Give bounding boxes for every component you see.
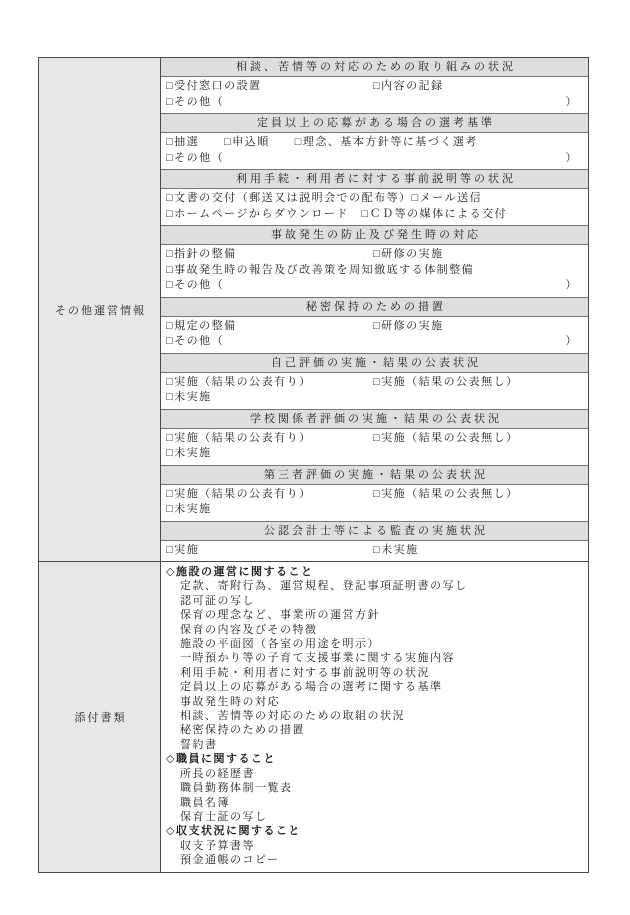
checkbox-option: □受付窓口の設置 xyxy=(166,80,262,92)
checkbox-line: □指針の整備□研修の実施 xyxy=(166,247,583,263)
checkbox-option: □実施 xyxy=(166,544,199,556)
doc-item: 定款、寄附行為、運営規程、登記事項証明書の写し xyxy=(166,579,583,593)
checkbox-line: □規定の整備□研修の実施 xyxy=(166,319,583,335)
field-block: 相談、苦情等の対応のための取り組みの状況□受付窓口の設置□内容の記録□その他（） xyxy=(161,58,588,114)
doc-item: 職員勤務体制一覧表 xyxy=(166,781,583,795)
checkbox-line: □その他（） xyxy=(166,95,583,111)
doc-item: 保育士証の写し xyxy=(166,810,583,824)
doc-item: 誓約書 xyxy=(166,738,583,752)
field-block: 第三者評価の実施・結果の公表状況□実施（結果の公表有り）□実施（結果の公表無し）… xyxy=(161,466,588,522)
checkbox-line: □未実施 xyxy=(166,390,583,406)
field-block: 公認会計士等による監査の実施状況□実施□未実施 xyxy=(161,522,588,562)
doc-item: 預金通帳のコピー xyxy=(166,853,583,867)
checkbox-option: □実施（結果の公表無し） xyxy=(373,487,519,503)
doc-item: 事故発生時の対応 xyxy=(166,695,583,709)
checkbox-line: □その他（） xyxy=(166,278,583,294)
document-page: その他運営情報相談、苦情等の対応のための取り組みの状況□受付窓口の設置□内容の記… xyxy=(0,0,630,915)
block-rows: □指針の整備□研修の実施□事故発生時の報告及び改善策を周知徹底する体制整備□その… xyxy=(161,245,588,298)
checkbox-option: □その他（ xyxy=(166,152,224,164)
checkbox-option: □その他（ xyxy=(166,96,224,108)
checkbox-option: □研修の実施 xyxy=(373,247,444,263)
doc-group-heading: ◇収支状況に関すること xyxy=(166,824,583,838)
block-rows: □規定の整備□研修の実施□その他（） xyxy=(161,317,588,354)
checkbox-option: □実施（結果の公表無し） xyxy=(373,375,519,391)
block-header: 利用手続・利用者に対する事前説明等の状況 xyxy=(161,170,588,189)
checkbox-option: □未実施 xyxy=(166,447,212,459)
block-rows: □文書の交付（郵送又は説明会での配布等）□メール送信□ホームページからダウンロー… xyxy=(161,189,588,226)
paren-close: ） xyxy=(566,334,579,350)
field-block: 利用手続・利用者に対する事前説明等の状況□文書の交付（郵送又は説明会での配布等）… xyxy=(161,170,588,226)
checkbox-line: □その他（） xyxy=(166,334,583,350)
checkbox-line: □実施□未実施 xyxy=(166,543,583,559)
checkbox-line: □実施（結果の公表有り）□実施（結果の公表無し） xyxy=(166,375,583,391)
checkbox-line: □受付窓口の設置□内容の記録 xyxy=(166,79,583,95)
doc-item: 保育の理念など、事業所の運営方針 xyxy=(166,608,583,622)
doc-item: 相談、苦情等の対応のための取組の状況 xyxy=(166,709,583,723)
block-header: 相談、苦情等の対応のための取り組みの状況 xyxy=(161,58,588,77)
doc-item: 所長の経歴書 xyxy=(166,767,583,781)
checkbox-option: □その他（ xyxy=(166,335,224,347)
field-block: 秘密保持のための措置□規定の整備□研修の実施□その他（） xyxy=(161,298,588,354)
checkbox-option: □抽選 □申込順 □理念、基本方針等に基づく選考 xyxy=(166,136,478,148)
block-rows: □実施□未実施 xyxy=(161,541,588,562)
report-table: その他運営情報相談、苦情等の対応のための取り組みの状況□受付窓口の設置□内容の記… xyxy=(38,57,589,873)
block-rows: □実施（結果の公表有り）□実施（結果の公表無し）□未実施 xyxy=(161,485,588,522)
checkbox-option: □規定の整備 xyxy=(166,320,237,332)
section-other-operation-info: その他運営情報相談、苦情等の対応のための取り組みの状況□受付窓口の設置□内容の記… xyxy=(39,58,588,561)
doc-group-heading: ◇施設の運営に関すること xyxy=(166,565,583,579)
checkbox-option: □指針の整備 xyxy=(166,248,237,260)
doc-group-heading: ◇職員に関すること xyxy=(166,752,583,766)
checkbox-option: □実施（結果の公表有り） xyxy=(166,432,312,444)
doc-item: 施設の平面図（各室の用途を明示） xyxy=(166,637,583,651)
section-label: 添付書類 xyxy=(39,562,161,872)
checkbox-option: □未実施 xyxy=(166,503,212,515)
doc-item: 収支予算書等 xyxy=(166,839,583,853)
paren-close: ） xyxy=(566,278,579,294)
doc-item: 秘密保持のための措置 xyxy=(166,723,583,737)
checkbox-line: □文書の交付（郵送又は説明会での配布等）□メール送信 xyxy=(166,191,583,207)
checkbox-option: □未実施 xyxy=(373,543,419,559)
checkbox-line: □ホームページからダウンロード □ＣＤ等の媒体による交付 xyxy=(166,207,583,223)
doc-group: ◇施設の運営に関すること定款、寄附行為、運営規程、登記事項証明書の写し認可証の写… xyxy=(166,565,583,752)
block-header: 事故発生の防止及び発生時の対応 xyxy=(161,226,588,245)
section-content: ◇施設の運営に関すること定款、寄附行為、運営規程、登記事項証明書の写し認可証の写… xyxy=(161,562,588,872)
doc-item: 保育の内容及びその特徴 xyxy=(166,623,583,637)
field-block: 定員以上の応募がある場合の選考基準□抽選 □申込順 □理念、基本方針等に基づく選… xyxy=(161,114,588,170)
paren-close: ） xyxy=(566,95,579,111)
checkbox-option: □実施（結果の公表無し） xyxy=(373,431,519,447)
checkbox-option: □研修の実施 xyxy=(373,319,444,335)
checkbox-option: □文書の交付（郵送又は説明会での配布等）□メール送信 xyxy=(166,192,482,204)
checkbox-line: □事故発生時の報告及び改善策を周知徹底する体制整備 xyxy=(166,263,583,279)
doc-item: 利用手続・利用者に対する事前説明等の状況 xyxy=(166,666,583,680)
checkbox-option: □事故発生時の報告及び改善策を周知徹底する体制整備 xyxy=(166,264,474,276)
field-block: 事故発生の防止及び発生時の対応□指針の整備□研修の実施□事故発生時の報告及び改善… xyxy=(161,226,588,298)
block-rows: □実施（結果の公表有り）□実施（結果の公表無し）□未実施 xyxy=(161,429,588,466)
doc-item: 職員名簿 xyxy=(166,796,583,810)
checkbox-line: □実施（結果の公表有り）□実施（結果の公表無し） xyxy=(166,431,583,447)
section-attached-documents: 添付書類◇施設の運営に関すること定款、寄附行為、運営規程、登記事項証明書の写し認… xyxy=(39,561,588,872)
block-rows: □実施（結果の公表有り）□実施（結果の公表無し）□未実施 xyxy=(161,373,588,410)
checkbox-option: □実施（結果の公表有り） xyxy=(166,488,312,500)
checkbox-option: □実施（結果の公表有り） xyxy=(166,376,312,388)
doc-item: 一時預かり等の子育て支援事業に関する実施内容 xyxy=(166,651,583,665)
doc-group: ◇職員に関すること所長の経歴書職員勤務体制一覧表職員名簿保育士証の写し xyxy=(166,752,583,824)
checkbox-option: □未実施 xyxy=(166,391,212,403)
checkbox-option: □内容の記録 xyxy=(373,79,444,95)
block-header: 秘密保持のための措置 xyxy=(161,298,588,317)
checkbox-line: □未実施 xyxy=(166,446,583,462)
checkbox-line: □実施（結果の公表有り）□実施（結果の公表無し） xyxy=(166,487,583,503)
section-content: 相談、苦情等の対応のための取り組みの状況□受付窓口の設置□内容の記録□その他（）… xyxy=(161,58,588,561)
doc-group: ◇収支状況に関すること収支予算書等預金通帳のコピー xyxy=(166,824,583,867)
block-rows: □抽選 □申込順 □理念、基本方針等に基づく選考□その他（） xyxy=(161,133,588,170)
doc-item: 認可証の写し xyxy=(166,594,583,608)
block-header: 公認会計士等による監査の実施状況 xyxy=(161,522,588,541)
attached-documents-list: ◇施設の運営に関すること定款、寄附行為、運営規程、登記事項証明書の写し認可証の写… xyxy=(161,562,588,872)
checkbox-option: □その他（ xyxy=(166,279,224,291)
checkbox-line: □未実施 xyxy=(166,502,583,518)
block-header: 自己評価の実施・結果の公表状況 xyxy=(161,354,588,373)
block-header: 第三者評価の実施・結果の公表状況 xyxy=(161,466,588,485)
block-header: 学校関係者評価の実施・結果の公表状況 xyxy=(161,410,588,429)
field-block: 学校関係者評価の実施・結果の公表状況□実施（結果の公表有り）□実施（結果の公表無… xyxy=(161,410,588,466)
block-rows: □受付窓口の設置□内容の記録□その他（） xyxy=(161,77,588,114)
block-header: 定員以上の応募がある場合の選考基準 xyxy=(161,114,588,133)
field-block: 自己評価の実施・結果の公表状況□実施（結果の公表有り）□実施（結果の公表無し）□… xyxy=(161,354,588,410)
checkbox-line: □その他（） xyxy=(166,151,583,167)
checkbox-option: □ホームページからダウンロード □ＣＤ等の媒体による交付 xyxy=(166,208,507,220)
paren-close: ） xyxy=(566,151,579,167)
section-label: その他運営情報 xyxy=(39,58,161,561)
checkbox-line: □抽選 □申込順 □理念、基本方針等に基づく選考 xyxy=(166,135,583,151)
doc-item: 定員以上の応募がある場合の選考に関する基準 xyxy=(166,680,583,694)
